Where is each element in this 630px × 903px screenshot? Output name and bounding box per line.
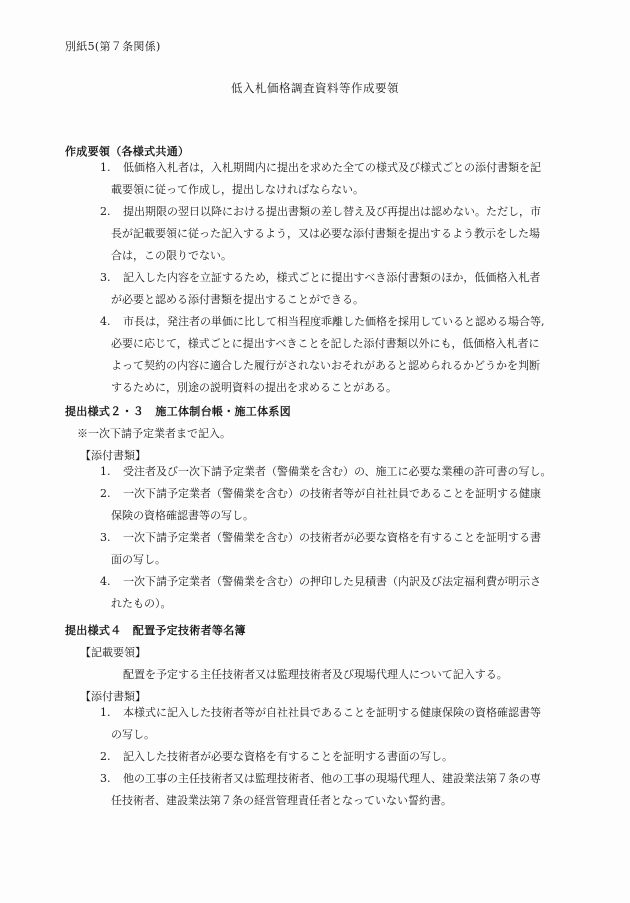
instructions-text: 配置を予定する主任技術者又は監理技術者及び現場代理人について記入する。 [123,666,508,682]
item-text-line: 記入した技術者が必要な資格を有することを証明する書面の写し。 [123,746,565,768]
item-text-line: 保険の資格確認書等の写し。 [111,505,565,527]
item-number: 2. [100,746,111,768]
item-text-line: 受注者及び一次下請予定業者（警備業を含む）の、施工に必要な業種の許可書の写し。 [123,461,565,483]
list-item: 4. 市長は，発注者の単価に比して相当程度乖離した価格を採用していると認める場合… [0,311,565,399]
annex-label: 別紙5(第７条関係) [65,38,161,54]
item-text-line: 他の工事の主任技術者又は監理技術者、他の工事の現場代理人、建設業法第７条の専 [123,768,565,790]
section-heading-form-2-3: 提出様式２・３ 施工体制台帳・施工体系図 [65,403,291,419]
item-text-line: 合は，この限りでない。 [111,245,565,267]
item-text-line: 記入した内容を立証するため，様式ごとに提出すべき添付書類のほか，低価格入札者 [123,267,565,289]
item-number: 4. [100,571,111,593]
common-instructions-list: 1. 低価格入札者は，入札期間内に提出を求めた全ての様式及び様式ごとの添付書類を… [0,157,630,399]
item-number: 1. [100,702,111,724]
list-item: 1. 低価格入札者は，入札期間内に提出を求めた全ての様式及び様式ごとの添付書類を… [0,157,565,201]
item-number: 3. [100,527,111,549]
item-text-line: 低価格入札者は，入札期間内に提出を求めた全ての様式及び様式ごとの添付書類を記 [123,157,565,179]
list-item: 1. 本様式に記入した技術者等が自社社員であることを証明する健康保険の資格確認書… [0,702,565,746]
form-4-attachments-list: 1. 本様式に記入した技術者等が自社社員であることを証明する健康保険の資格確認書… [0,702,630,812]
item-text-line: 面の写し。 [111,549,565,571]
item-text-line: 一次下請予定業者（警備業を含む）の技術者等が自社社員であることを証明する健康 [123,483,565,505]
item-text-line: が必要と認める添付書類を提出することができる。 [111,289,565,311]
item-text-line: 一次下請予定業者（警備業を含む）の押印した見積書（内訳及び法定福利費が明示さ [123,571,565,593]
list-item: 2. 提出期限の翌日以降における提出書類の差し替え及び再提出は認めない。ただし，… [0,201,565,267]
item-text-line: 長が記載要領に従った記入するよう，又は必要な添付書類を提出するよう教示をした場 [111,223,565,245]
item-text-line: するために，別途の説明資料の提出を求めることがある。 [111,377,565,399]
item-text-line: 載要領に従って作成し，提出しなければならない。 [111,179,565,201]
item-text-line: 市長は，発注者の単価に比して相当程度乖離した価格を採用していると認める場合等, [123,311,565,333]
item-text-line: れたもの）。 [111,593,565,615]
item-number: 3. [100,768,111,790]
instructions-label: 【記載要領】 [80,644,146,660]
item-number: 1. [100,157,111,179]
item-text-line: よって契約の内容に適合した履行がされないおそれがあると認められるかどうかを判断 [111,355,565,377]
item-number: 2. [100,483,111,505]
list-item: 3. 他の工事の主任技術者又は監理技術者、他の工事の現場代理人、建設業法第７条の… [0,768,565,812]
item-text-line: 必要に応じて，様式ごとに提出すべきことを記した添付書類以外にも，低価格入札者に [111,333,565,355]
form-2-3-attachments-list: 1. 受注者及び一次下請予定業者（警備業を含む）の、施工に必要な業種の許可書の写… [0,461,630,615]
item-text-line: 任技術者、建設業法第７条の経営管理責任者となっていない誓約書。 [111,790,565,812]
item-text-line: 一次下請予定業者（警備業を含む）の技術者が必要な資格を有することを証明する書 [123,527,565,549]
item-number: 3. [100,267,111,289]
list-item: 4. 一次下請予定業者（警備業を含む）の押印した見積書（内訳及び法定福利費が明示… [0,571,565,615]
item-text-line: 本様式に記入した技術者等が自社社員であることを証明する健康保険の資格確認書等 [123,702,565,724]
list-item: 2. 一次下請予定業者（警備業を含む）の技術者等が自社社員であることを証明する健… [0,483,565,527]
section-note: ※一次下請予定業者まで記入。 [77,425,231,441]
item-number: 4. [100,311,111,333]
item-text-line: の写し。 [111,724,565,746]
list-item: 2. 記入した技術者が必要な資格を有することを証明する書面の写し。 [0,746,565,768]
item-number: 1. [100,461,111,483]
list-item: 3. 記入した内容を立証するため，様式ごとに提出すべき添付書類のほか，低価格入札… [0,267,565,311]
item-number: 2. [100,201,111,223]
section-heading-form-4: 提出様式４ 配置予定技術者等名簿 [65,622,246,638]
list-item: 1. 受注者及び一次下請予定業者（警備業を含む）の、施工に必要な業種の許可書の写… [0,461,565,483]
item-text-line: 提出期限の翌日以降における提出書類の差し替え及び再提出は認めない。ただし，市 [123,201,565,223]
list-item: 3. 一次下請予定業者（警備業を含む）の技術者が必要な資格を有することを証明する… [0,527,565,571]
document-title: 低入札価格調査資料等作成要領 [0,80,630,96]
